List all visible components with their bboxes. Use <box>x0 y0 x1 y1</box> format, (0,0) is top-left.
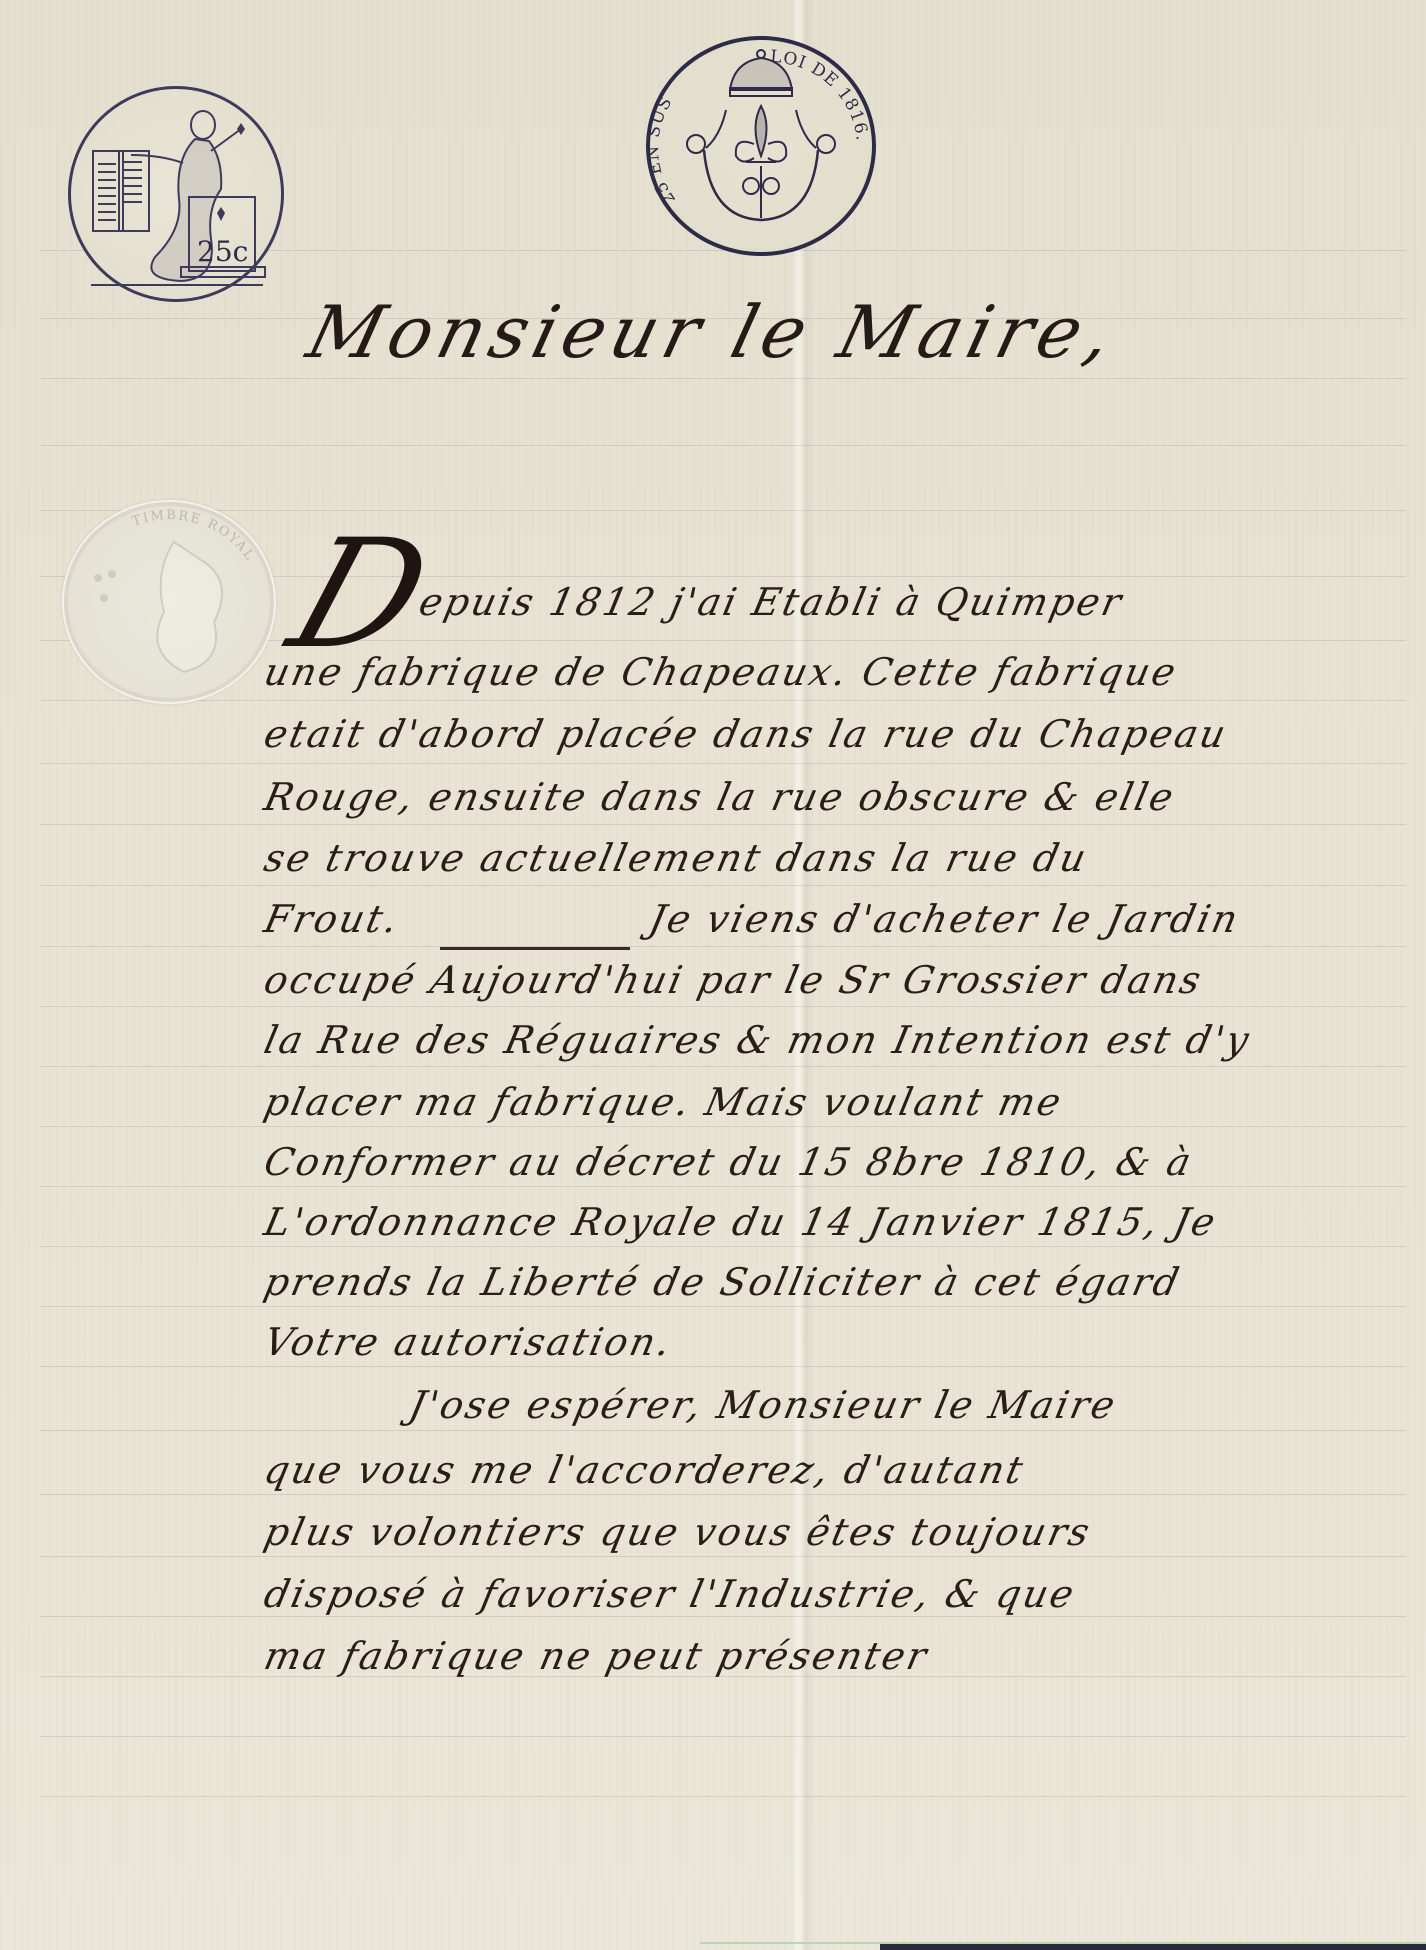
ruled-line <box>40 1186 1406 1187</box>
ruled-line <box>40 1494 1406 1495</box>
letter-line-6a: Frout. <box>260 897 404 941</box>
ruled-line <box>40 1246 1406 1247</box>
letter-line-18: ma fabrique ne peut présenter <box>260 1634 932 1678</box>
letter-line-7: occupé Aujourd'hui par le Sr Grossier da… <box>260 958 1207 1002</box>
ruled-line <box>40 763 1406 764</box>
svg-text:LOI DE 1816.: LOI DE 1816. <box>770 47 872 142</box>
letter-line-13: Votre autorisation. <box>260 1320 676 1364</box>
ruled-line <box>40 378 1406 379</box>
letter-line-11: L'ordonnance Royale du 14 Janvier 1815, … <box>260 1200 1221 1244</box>
ruled-line <box>40 946 1406 947</box>
ruled-line <box>40 1430 1406 1431</box>
letter-line-1: epuis 1812 j'ai Etabli à Quimper <box>415 580 1127 624</box>
ruled-line <box>40 1556 1406 1557</box>
svg-text:25c: 25c <box>197 235 248 268</box>
ruled-line <box>40 824 1406 825</box>
document-page: 25c LOI DE 1816. 25 EN SUS <box>0 0 1426 1950</box>
photo-edge-shadow <box>880 1944 1426 1950</box>
svg-text:25 EN SUS: 25 EN SUS <box>650 93 680 209</box>
letter-line-9: placer ma fabrique. Mais voulant me <box>260 1080 1067 1124</box>
salutation-heading: Monsieur le Maire, <box>300 290 1201 374</box>
ruled-line <box>40 885 1406 886</box>
letter-line-15: que vous me l'accorderez, d'autant <box>260 1448 1029 1492</box>
ruled-line <box>40 1126 1406 1127</box>
letter-line-10: Conformer au décret du 15 8bre 1810, & à <box>260 1140 1197 1184</box>
letter-line-14: J'ose espérer, Monsieur le Maire <box>405 1383 1121 1427</box>
letter-line-5: se trouve actuellement dans la rue du <box>260 836 1092 880</box>
ruled-line <box>40 445 1406 446</box>
loi-1816-stamp: LOI DE 1816. 25 EN SUS <box>646 36 876 256</box>
letter-line-17: disposé à favoriser l'Industrie, & que <box>260 1572 1080 1616</box>
dropcap-letter: D <box>276 520 445 670</box>
seated-allegorical-figure-with-tablets-icon: 25c <box>71 89 281 299</box>
ruled-line <box>40 1066 1406 1067</box>
ruled-line <box>40 1736 1406 1737</box>
embossed-royal-seal: TIMBRE ROYAL <box>62 500 276 704</box>
letter-line-2: une fabrique de Chapeaux. Cette fabrique <box>260 650 1182 694</box>
ruled-line <box>40 1006 1406 1007</box>
tax-stamp-25c: 25c <box>68 86 284 302</box>
letter-line-16: plus volontiers que vous êtes toujours <box>260 1510 1095 1554</box>
letter-line-4: Rouge, ensuite dans la rue obscure & ell… <box>260 775 1179 819</box>
letter-line-3: etait d'abord placée dans la rue du Chap… <box>260 712 1232 756</box>
ruled-line <box>40 1366 1406 1367</box>
letter-line-6b: Je viens d'acheter le Jardin <box>645 897 1244 941</box>
ruled-line <box>40 1616 1406 1617</box>
ruled-line <box>40 1796 1406 1797</box>
letter-line-8: la Rue des Réguaires & mon Intention est… <box>260 1018 1255 1062</box>
crown-fleur-de-lis-icon: LOI DE 1816. 25 EN SUS <box>650 40 872 252</box>
letter-line-12: prends la Liberté de Solliciter à cet ég… <box>260 1260 1185 1304</box>
handwritten-dash-rule <box>440 947 630 950</box>
ruled-line <box>40 1306 1406 1307</box>
embossed-royal-seal-icon: TIMBRE ROYAL <box>64 502 274 702</box>
